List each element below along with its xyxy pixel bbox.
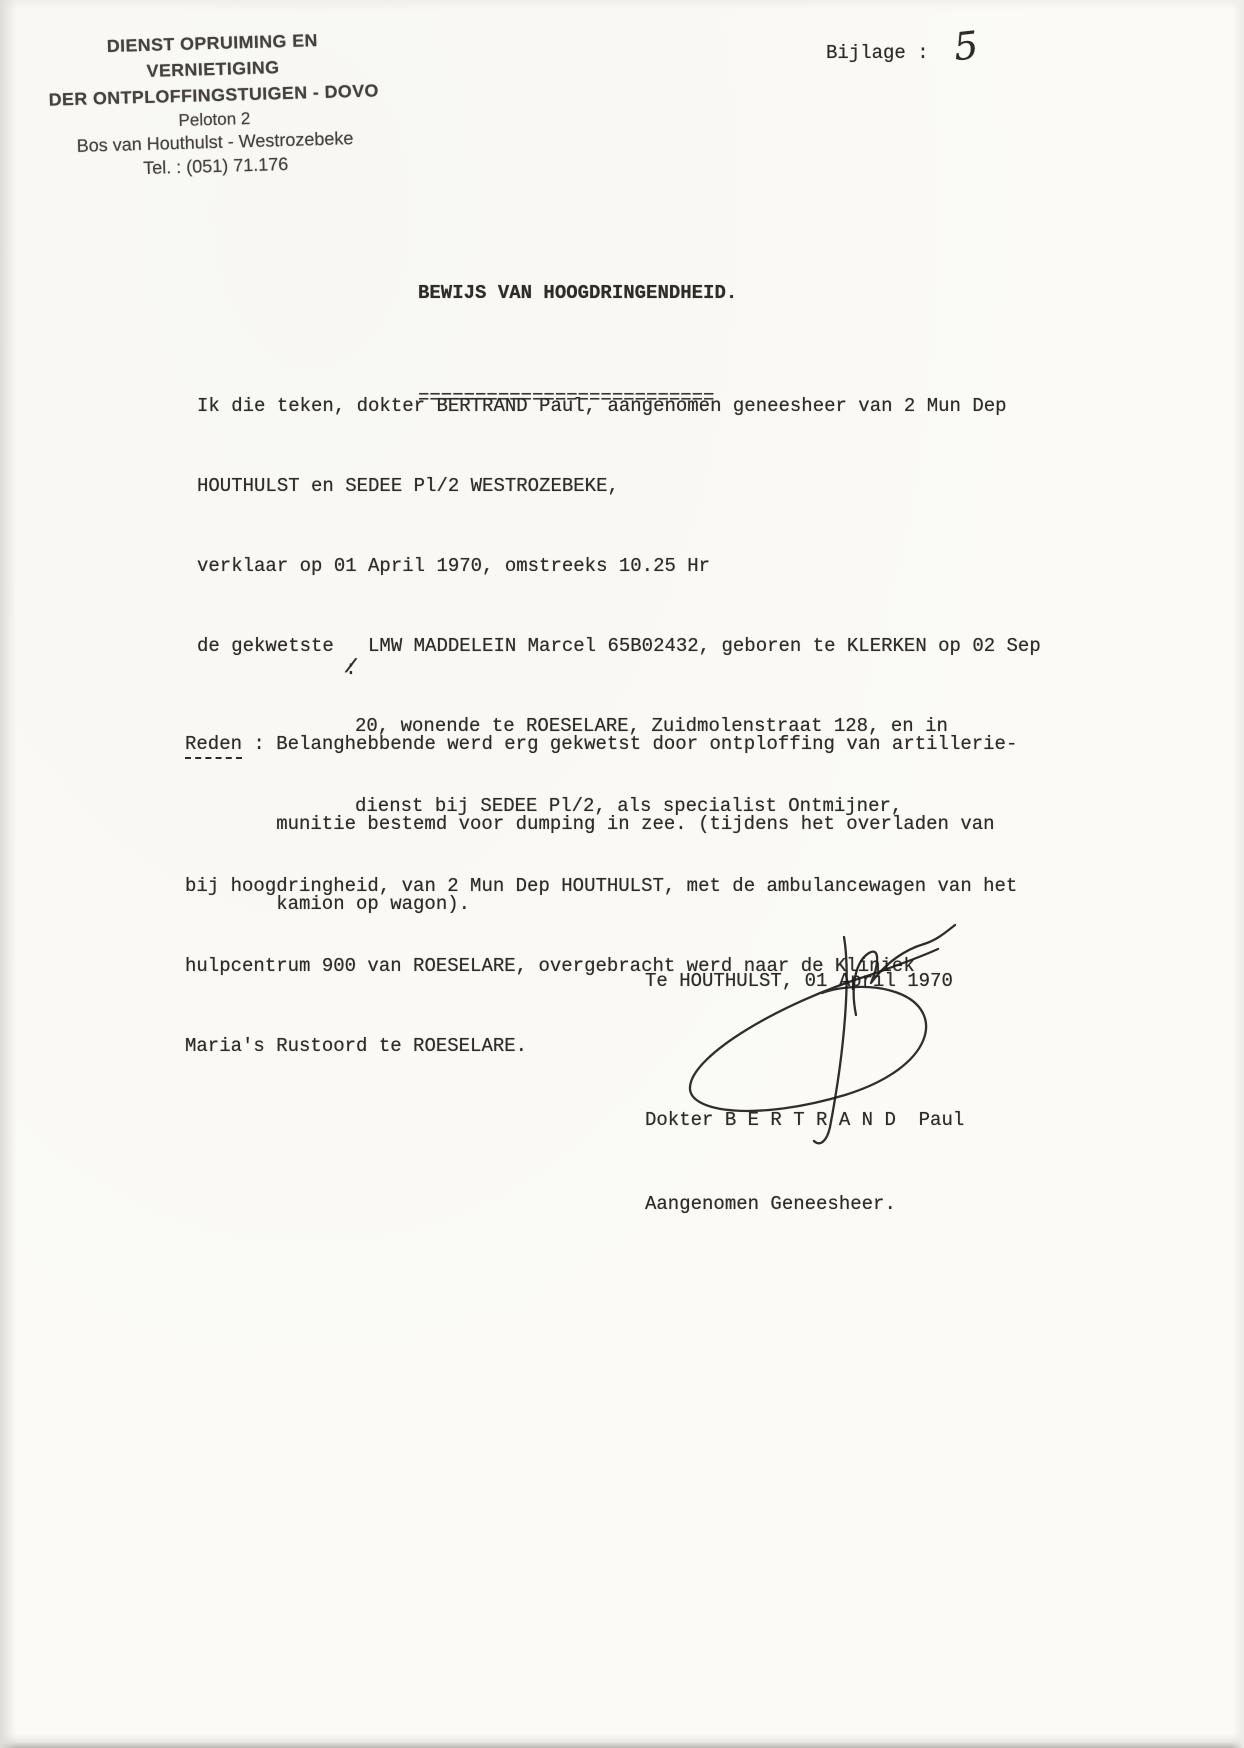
stamp-line-service: DIENST OPRUIMING EN VERNIETIGING [39, 25, 387, 87]
body-line-segment: LMW MADDELEIN Marcel 65B02432, geboren t… [357, 635, 1041, 657]
signer-name: Dokter B E R T R A N D Paul [645, 1100, 964, 1140]
reason-text: Belanghebbende werd erg gekwetst door on… [276, 733, 1017, 755]
reason-paragraph: Reden : Belanghebbende werd erg gekwetst… [185, 682, 1017, 966]
reason-line: Reden : Belanghebbende werd erg gekwetst… [185, 726, 1017, 762]
annex-label: Bijlage : [826, 42, 929, 64]
letterhead-stamp: DIENST OPRUIMING EN VERNIETIGING DER ONT… [42, 25, 386, 183]
signature-block: Dokter B E R T R A N D Paul Aangenomen G… [645, 1056, 964, 1268]
place-and-date: Te HOUTHULST, 01 April 1970 [645, 970, 953, 992]
annex-number-handwritten: 5 [952, 23, 981, 69]
body-line: verklaar op 01 April 1970, omstreeks 10.… [185, 548, 1041, 584]
signer-title: Aangenomen Geneesheer. [645, 1184, 964, 1224]
reason-line: kamion op wagon). [185, 886, 1017, 922]
reason-separator: : [242, 733, 276, 755]
body-line: de gekwetste :/ LMW MADDELEIN Marcel 65B… [185, 628, 1041, 664]
page-title: BEWIJS VAN HOOGDRINGENDHEID. [418, 276, 737, 311]
reason-label: Reden [185, 733, 242, 759]
scanned-document-page: DIENST OPRUIMING EN VERNIETIGING DER ONT… [0, 0, 1244, 1748]
body-line-segment: de gekwetste [197, 635, 345, 657]
body-line: HOUTHULST en SEDEE Pl/2 WESTROZEBEKE, [185, 468, 1041, 504]
body-line: Ik die teken, dokter BERTRAND Paul, aang… [185, 388, 1041, 424]
reason-line: munitie bestemd voor dumping in zee. (ti… [185, 806, 1017, 842]
